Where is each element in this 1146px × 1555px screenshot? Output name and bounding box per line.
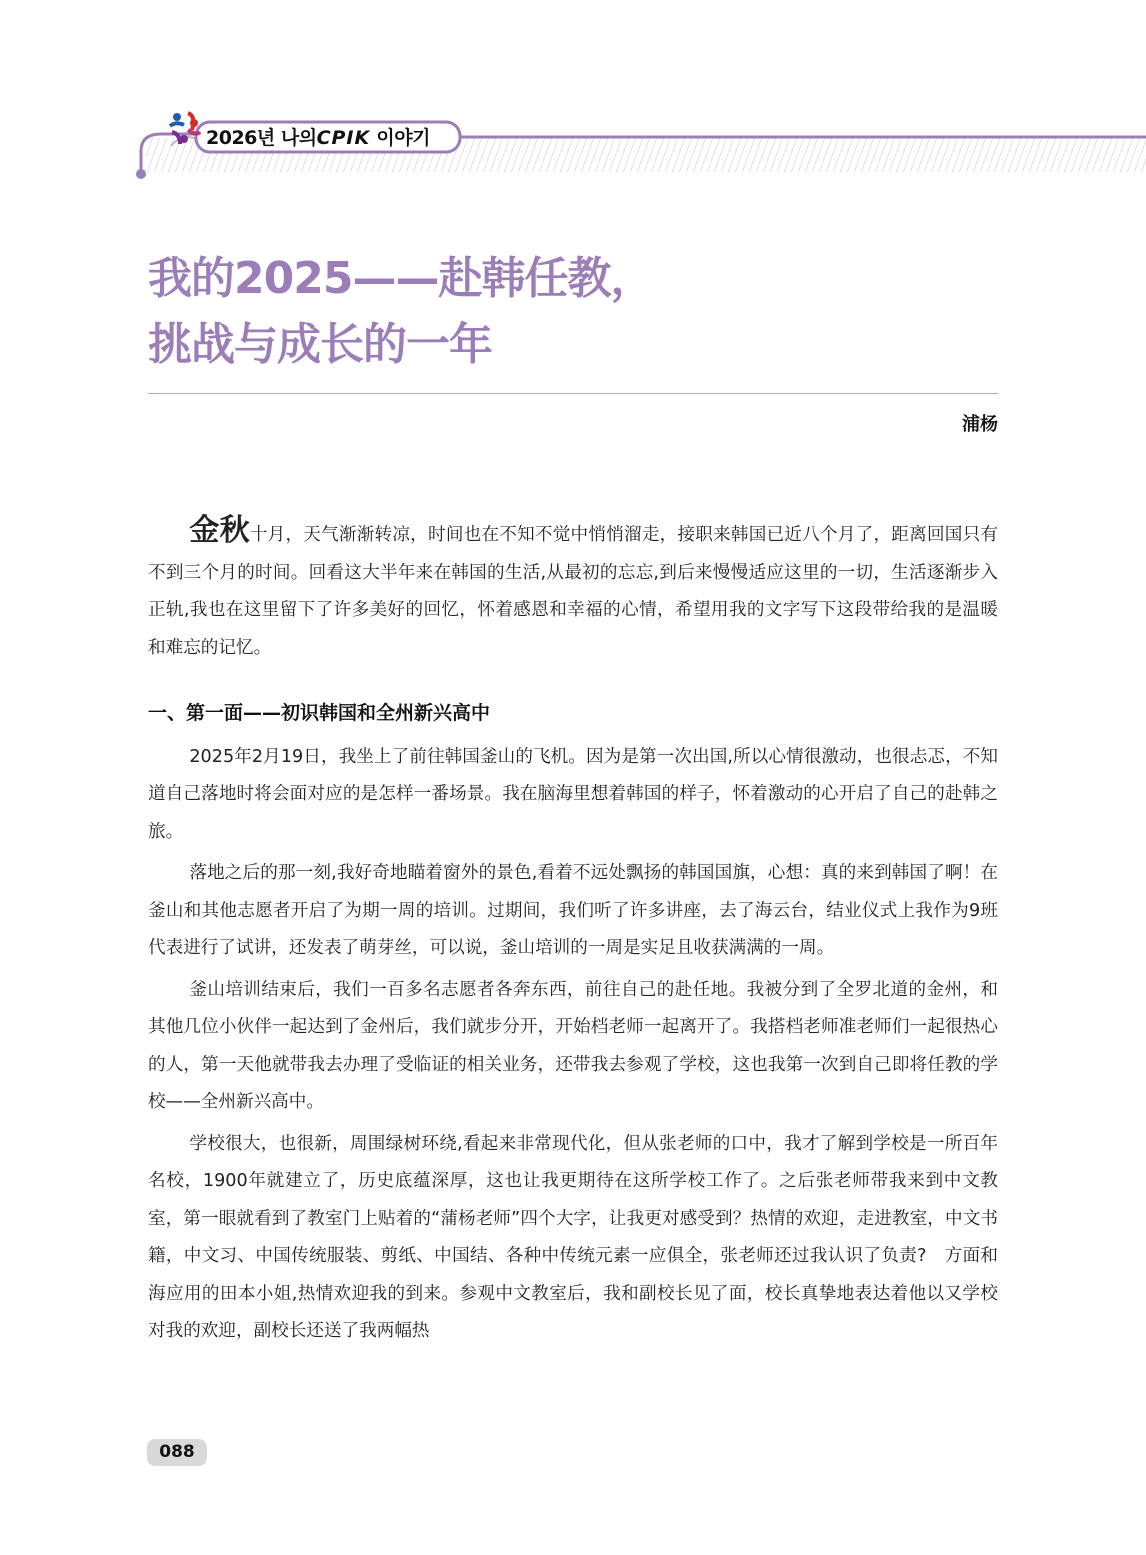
article-body: 金秋十月，天气渐渐转凉，时间也在不知不觉中悄悄溜走，接职来韩国已近八个月了，距离… [148, 516, 998, 1355]
cpik-logo-icon [166, 108, 206, 148]
dropcap: 金秋 [189, 513, 249, 548]
paragraph: 釜山培训结束后，我们一百多名志愿者各奔东西，前往自己的赴任地。我被分到了全罗北道… [148, 972, 998, 1122]
paragraph: 学校很大，也很新，周围绿树环绕,看起来非常现代化，但从张老师的口中，我才了解到学… [148, 1126, 998, 1351]
series-label: 2026년 나의CPIK 이야기 [206, 124, 430, 152]
paragraph: 2025年2月19日，我坐上了前往韩国釜山的飞机。因为是第一次出国,所以心情很激… [148, 739, 998, 852]
page-number: 088 [147, 1439, 207, 1466]
author-name: 浦杨 [962, 410, 998, 436]
article-title: 我的2025——赴韩任教， 挑战与成长的一年 [148, 246, 1008, 378]
title-divider [148, 393, 998, 394]
intro-text: 十月，天气渐渐转凉，时间也在不知不觉中悄悄溜走，接职来韩国已近八个月了，距离回国… [148, 525, 998, 658]
series-label-brand: CPIK [317, 127, 371, 149]
title-line-1: 我的2025——赴韩任教， [148, 253, 653, 304]
title-line-2: 挑战与成长的一年 [148, 319, 492, 370]
series-label-prefix: 2026년 나의 [206, 127, 317, 149]
section-heading: 一、第一面——初识韩国和全州新兴高中 [148, 695, 998, 733]
intro-paragraph: 金秋十月，天气渐渐转凉，时间也在不知不觉中悄悄溜走，接职来韩国已近八个月了，距离… [148, 516, 998, 667]
series-label-suffix: 이야기 [376, 127, 430, 149]
paragraph: 落地之后的那一刻,我好奇地瞄着窗外的景色,看着不远处飘扬的韩国国旗，心想：真的来… [148, 855, 998, 968]
